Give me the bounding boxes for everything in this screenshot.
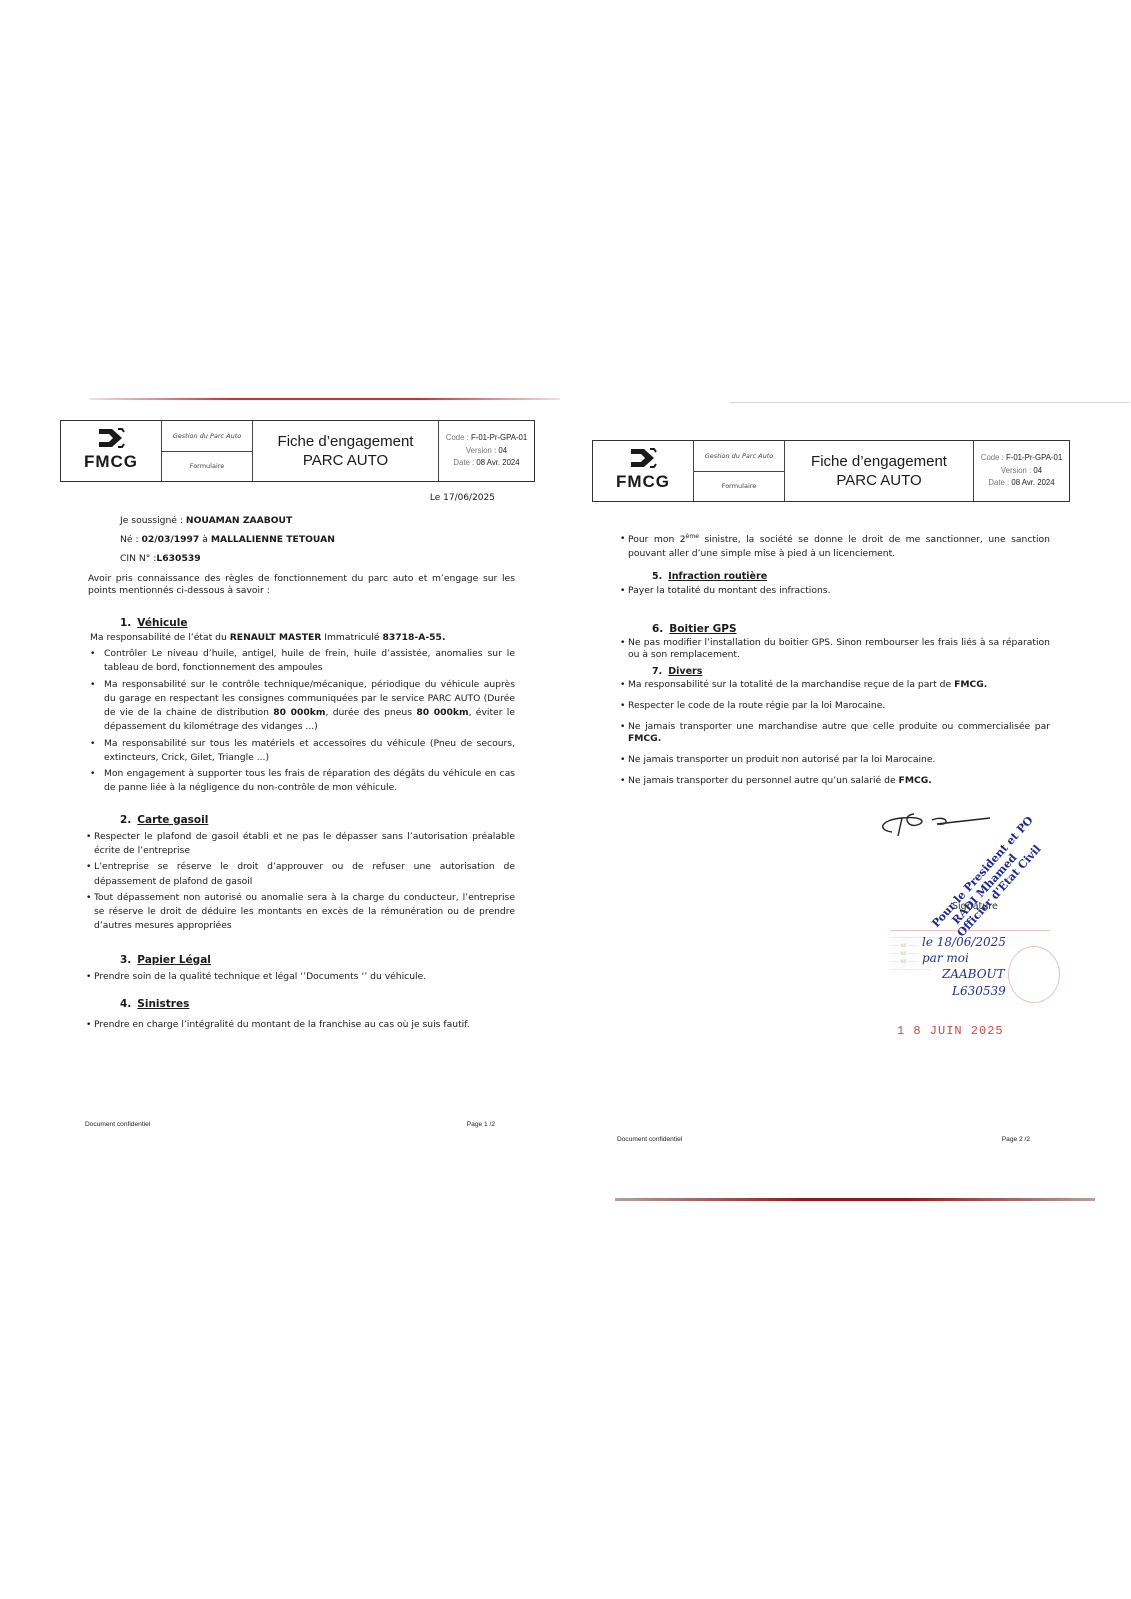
item-bold: FMCG. [899,775,932,786]
header-category: Gestion du Parc Auto Formulaire [694,441,785,501]
birth-place: MALLALIENNE TETOUAN [211,534,335,545]
scan-edge-line [615,1198,1095,1201]
document-meta: Code : F-01-Pr-GPA-01 Version : 04 Date … [439,421,534,481]
date-label: Date : [988,478,1009,487]
code-label: Code : [981,453,1004,462]
plate-label: Immatriculé [324,632,379,643]
list-item: Ne jamais transporter du personnel autre… [620,775,1050,787]
identity-block: Je soussigné : NOUAMAN ZAABOUT Né : 02/0… [60,514,535,567]
signature-area: Pour le President et PO RADI Mhamed Offi… [862,810,1062,1050]
section-number: 4. [120,998,131,1010]
list-item: Prendre en charge l’intégralité du monta… [86,1018,515,1032]
title-line-1: Fiche d’engagement [811,452,947,472]
scan-edge-line [90,398,560,400]
birth-label: Né : [120,534,139,545]
header-dept: Gestion du Parc Auto [162,421,252,452]
list-item: Pour mon 2ème sinistre, la société se do… [620,532,1050,562]
date-value: 08 Avr. 2024 [1011,478,1054,487]
section-number: 7. [652,666,662,677]
section-heading: 5.Infraction routière [592,570,1070,585]
item-text: Ne jamais transporter une marchandise au… [628,721,1050,732]
handwritten-line: L630539 [922,983,1006,999]
section-title: Véhicule [137,617,187,629]
header-category: Gestion du Parc Auto Formulaire [162,421,253,481]
list-item: Ne pas modifier l’installation du boitie… [620,637,1050,661]
section-heading: 6.Boitier GPS [592,621,1070,637]
page-number: Page 2 /2 [1002,1135,1030,1145]
section-6-list: Ne pas modifier l’installation du boitie… [592,637,1070,661]
cin-label: CIN N° : [120,553,156,564]
section-1-list: Contrôler Le niveau d’huile, antigel, hu… [60,647,535,796]
list-item: L’entreprise se réserve le droit d’appro… [86,860,515,889]
document-header: FMCG Gestion du Parc Auto Formulaire Fic… [592,440,1070,502]
title-line-2: PARC AUTO [303,451,388,471]
list-item: Respecter le code de la route régie par … [620,700,1050,712]
version-value: 04 [498,446,507,455]
page-1: FMCG Gestion du Parc Auto Formulaire Fic… [60,420,535,1160]
document-header: FMCG Gestion du Parc Auto Formulaire Fic… [60,420,535,482]
list-item: Ma responsabilité sur tous les matériels… [90,737,515,766]
document-title: Fiche d’engagement PARC AUTO [253,421,439,481]
list-item: Ma responsabilité sur le contrôle techni… [90,678,515,735]
brand-name: FMCG [616,469,670,495]
logo-arrow-icon [96,427,126,449]
handwritten-line: le 18/06/2025 [922,934,1006,950]
section-heading: 4.Sinistres [60,996,535,1012]
item-text: Ma responsabilité sur la totalité de la … [628,679,954,690]
page-footer: Document confidentiel Page 2 /2 [617,1135,1030,1145]
item-bold: FMCG. [954,679,987,690]
code-value: F-01-Pr-GPA-01 [471,433,527,442]
vehicle-statement: Ma responsabilité de l’état du RENAULT M… [60,631,535,645]
company-logo: FMCG [593,441,694,501]
section-title: Papier Légal [137,954,211,966]
name-value: NOUAMAN ZAABOUT [186,515,292,526]
section-number: 5. [652,571,662,582]
document-title: Fiche d’engagement PARC AUTO [785,441,974,501]
vehicle-lead-text: Ma responsabilité de l’état du [90,632,227,643]
list-item: Prendre soin de la qualité technique et … [86,970,515,984]
birth-at: à [202,534,208,545]
item-text: Ne jamais transporter du personnel autre… [628,775,899,786]
handwritten-line: par moi [922,950,1006,966]
section-7-list: Ma responsabilité sur la totalité de la … [592,679,1070,787]
section-number: 6. [652,623,663,635]
list-item: Payer la totalité du montant des infract… [620,584,1050,598]
handwritten-line: ZAABOUT [922,966,1006,982]
item-bold: FMCG. [628,733,661,744]
title-line-2: PARC AUTO [836,471,921,491]
section-heading: 2.Carte gasoil [60,812,535,828]
list-item: Ne jamais transporter un produit non aut… [620,754,1050,766]
plate-number: 83718-A-55. [382,632,445,643]
intro-paragraph: Avoir pris connaissance des règles de fo… [60,573,535,597]
section-5-list: Payer la totalité du montant des infract… [592,584,1070,598]
page-number: Page 1 /2 [467,1120,495,1130]
list-item: Mon engagement à supporter tous les frai… [90,767,515,796]
section-number: 3. [120,954,131,966]
name-label: Je soussigné : [120,515,183,526]
item-text: Ne jamais transporter un produit non aut… [628,754,935,765]
section-heading: 1.Véhicule [60,615,535,631]
version-value: 04 [1033,466,1042,475]
handwritten-signature-icon [872,810,992,840]
list-item: Ma responsabilité sur la totalité de la … [620,679,1050,691]
section-2-list: Respecter le plafond de gasoil établi et… [60,830,535,934]
section-3-list: Prendre soin de la qualité technique et … [60,970,535,984]
ordinal-suffix: ème [686,533,699,540]
date-value: 08 Avr. 2024 [476,458,519,467]
section-title: Divers [668,666,702,677]
section-number: 1. [120,617,131,629]
section-title: Boitier GPS [669,623,736,635]
stamp-date: 1 8 JUIN 2025 [897,1022,1004,1041]
section-heading: 7.Divers [592,665,1070,680]
vehicle-model: RENAULT MASTER [230,632,322,643]
section-number: 2. [120,814,131,826]
cin-value: L630539 [156,553,200,564]
company-logo: FMCG [61,421,162,481]
list-item: Contrôler Le niveau d’huile, antigel, hu… [90,647,515,676]
item-text: Respecter le code de la route régie par … [628,700,885,711]
header-doc-type: Formulaire [162,452,252,482]
list-item: Ne jamais transporter une marchandise au… [620,721,1050,745]
confidential-label: Document confidentiel [617,1135,682,1145]
code-value: F-01-Pr-GPA-01 [1006,453,1062,462]
sinistres-continued-list: Pour mon 2ème sinistre, la société se do… [592,532,1070,562]
section-title: Carte gasoil [137,814,208,826]
section-heading: 3.Papier Légal [60,952,535,968]
handwritten-annotation: le 18/06/2025 par moi ZAABOUT L630539 [922,934,1006,999]
version-label: Version : [1001,466,1031,475]
section-4-list: Prendre en charge l’intégralité du monta… [60,1018,535,1032]
date-label: Date : [453,458,474,467]
round-seal-icon [1008,946,1060,1003]
confidential-label: Document confidentiel [85,1120,150,1130]
page-2: FMCG Gestion du Parc Auto Formulaire Fic… [592,440,1070,1165]
logo-arrow-icon [628,447,658,469]
section-title: Infraction routière [668,571,767,582]
list-item: Respecter le plafond de gasoil établi et… [86,830,515,859]
header-doc-type: Formulaire [694,472,784,502]
title-line-1: Fiche d’engagement [278,432,414,452]
scan-edge-line [730,402,1130,403]
signing-date: Le 17/06/2025 [60,492,535,506]
signature-label: Signature [952,900,998,915]
code-label: Code : [446,433,469,442]
item-text: Pour mon 2 [628,534,686,545]
brand-name: FMCG [84,449,138,475]
section-title: Sinistres [137,998,189,1010]
page-footer: Document confidentiel Page 1 /2 [85,1120,495,1130]
version-label: Version : [466,446,496,455]
birth-date: 02/03/1997 [141,534,199,545]
list-item: Tout dépassement non autorisé ou anomali… [86,891,515,934]
document-meta: Code : F-01-Pr-GPA-01 Version : 04 Date … [974,441,1069,501]
header-dept: Gestion du Parc Auto [694,441,784,472]
